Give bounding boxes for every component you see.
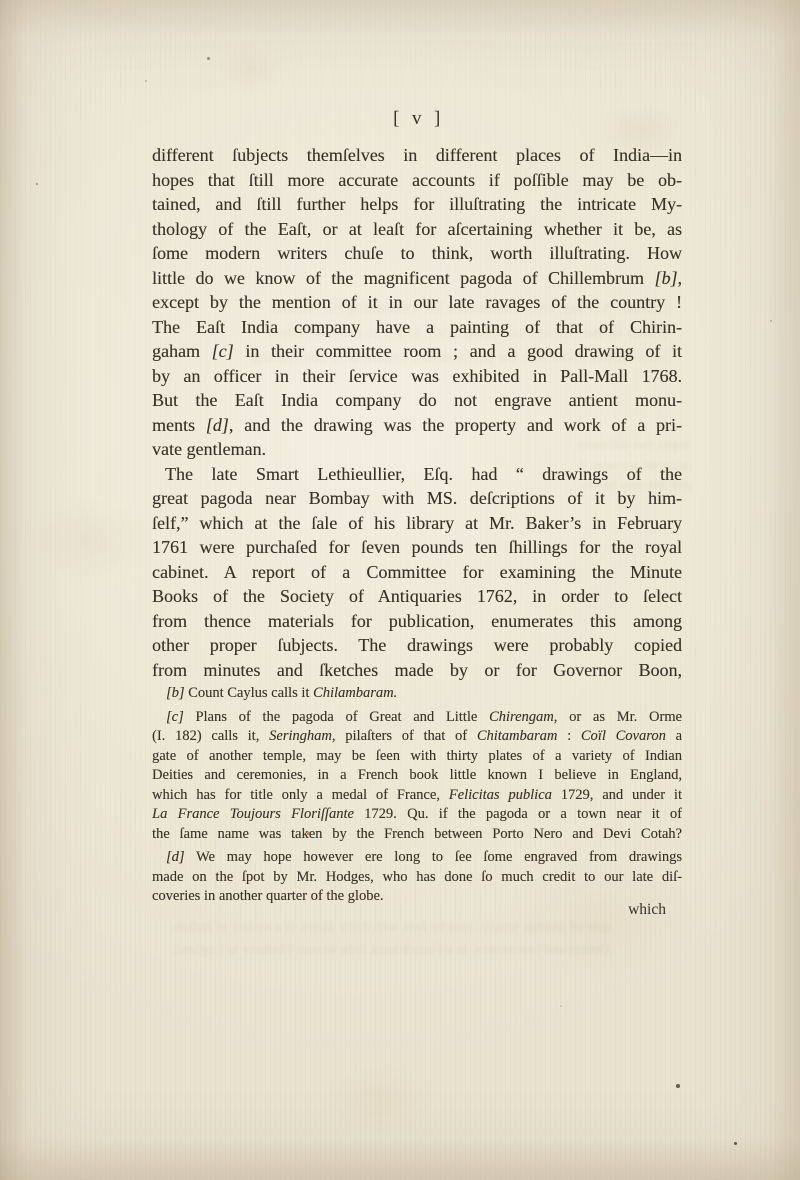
footnote-c: [c] Plans of the pagoda of Great and Lit… <box>152 708 682 845</box>
body-line: great pagoda near Bombay with MS. deſcri… <box>152 486 682 511</box>
body-line: 1761 were purchaſed for ſeven pounds ten… <box>152 535 682 560</box>
body-line: thology of the Eaſt, or at leaſt for aſc… <box>152 217 682 242</box>
paper-speck <box>207 57 210 60</box>
body-line: ſome modern writers chuſe to think, wort… <box>152 241 682 266</box>
paper-speck <box>770 320 772 322</box>
page-number: v <box>412 108 422 129</box>
body-line: ſelf,” which at the ſale of his library … <box>152 511 682 536</box>
body-line: hopes that ſtill more accurate accounts … <box>152 168 682 193</box>
body-line: other proper ſubjects. The drawings were… <box>152 633 682 658</box>
footnote-line: (I. 182) calls it, Seringham, pilaſters … <box>152 727 682 747</box>
body-line: except by the mention of it in our late … <box>152 290 682 315</box>
paper-speck <box>676 1084 680 1088</box>
page-showthrough-lower: gate of another temple, may be ſeen with… <box>170 916 610 962</box>
body-line: gaham [c] in their committee room ; and … <box>152 339 682 364</box>
paper-speck <box>560 1005 562 1007</box>
footnote-line: which has for title only a medal of Fran… <box>152 786 682 806</box>
body-line: little do we know of the magnificent pag… <box>152 266 682 291</box>
footnote-line: [c] Plans of the pagoda of Great and Lit… <box>152 708 682 728</box>
body-line: vate gentleman. <box>152 437 682 462</box>
footnote-line: [b] Count Caylus calls it Chilambaram. <box>152 684 682 704</box>
body-line: The late Smart Lethieullier, Eſq. had “ … <box>152 462 682 487</box>
footnote-d: [d] We may hope however ere long to ſee … <box>152 848 682 907</box>
body-line: But the Eaſt India company do not engrav… <box>152 388 682 413</box>
paper-speck <box>145 80 147 82</box>
paragraph-1: different ſubjects themſelves in differe… <box>152 143 682 462</box>
footnote-line: [d] We may hope however ere long to ſee … <box>152 848 682 868</box>
body-line: ments [d], and the drawing was the prope… <box>152 413 682 438</box>
body-line: from thence materials for publication, e… <box>152 609 682 634</box>
paper-speck <box>36 183 38 185</box>
body-line: tained, and ſtill further helps for illu… <box>152 192 682 217</box>
footnote-b: [b] Count Caylus calls it Chilambaram. <box>152 684 682 704</box>
catchword: which <box>152 901 682 919</box>
footnote-line: made on the ſpot by Mr. Hodges, who has … <box>152 868 682 888</box>
body-line: The Eaſt India company have a painting o… <box>152 315 682 340</box>
footnote-line: Deities and ceremonies, in a French book… <box>152 766 682 786</box>
body-line: cabinet. A report of a Committee for exa… <box>152 560 682 585</box>
footnote-line: gate of another temple, may be ſeen with… <box>152 747 682 767</box>
body-line: Books of the Society of Antiquaries 1762… <box>152 584 682 609</box>
book-page: cabinet. A report of a Committee for exa… <box>0 0 800 1180</box>
catchword-text: which <box>628 901 666 918</box>
body-line: by an officer in their ſervice was exhib… <box>152 364 682 389</box>
footnotes: [b] Count Caylus calls it Chilambaram. [… <box>152 684 682 911</box>
folio-bracket-right: ] <box>434 108 441 129</box>
paper-speck <box>734 1142 737 1145</box>
paragraph-2: The late Smart Lethieullier, Eſq. had “ … <box>152 462 682 683</box>
main-text: different ſubjects themſelves in differe… <box>152 143 682 682</box>
body-line: from minutes and ſketches made by or for… <box>152 658 682 683</box>
footnote-line: the ſame name was taken by the French be… <box>152 825 682 845</box>
footnote-line: La France Toujours Floriſſante 1729. Qu.… <box>152 805 682 825</box>
body-line: different ſubjects themſelves in differe… <box>152 143 682 168</box>
page-header: [v] <box>152 108 682 130</box>
folio-bracket-left: [ <box>393 108 400 129</box>
